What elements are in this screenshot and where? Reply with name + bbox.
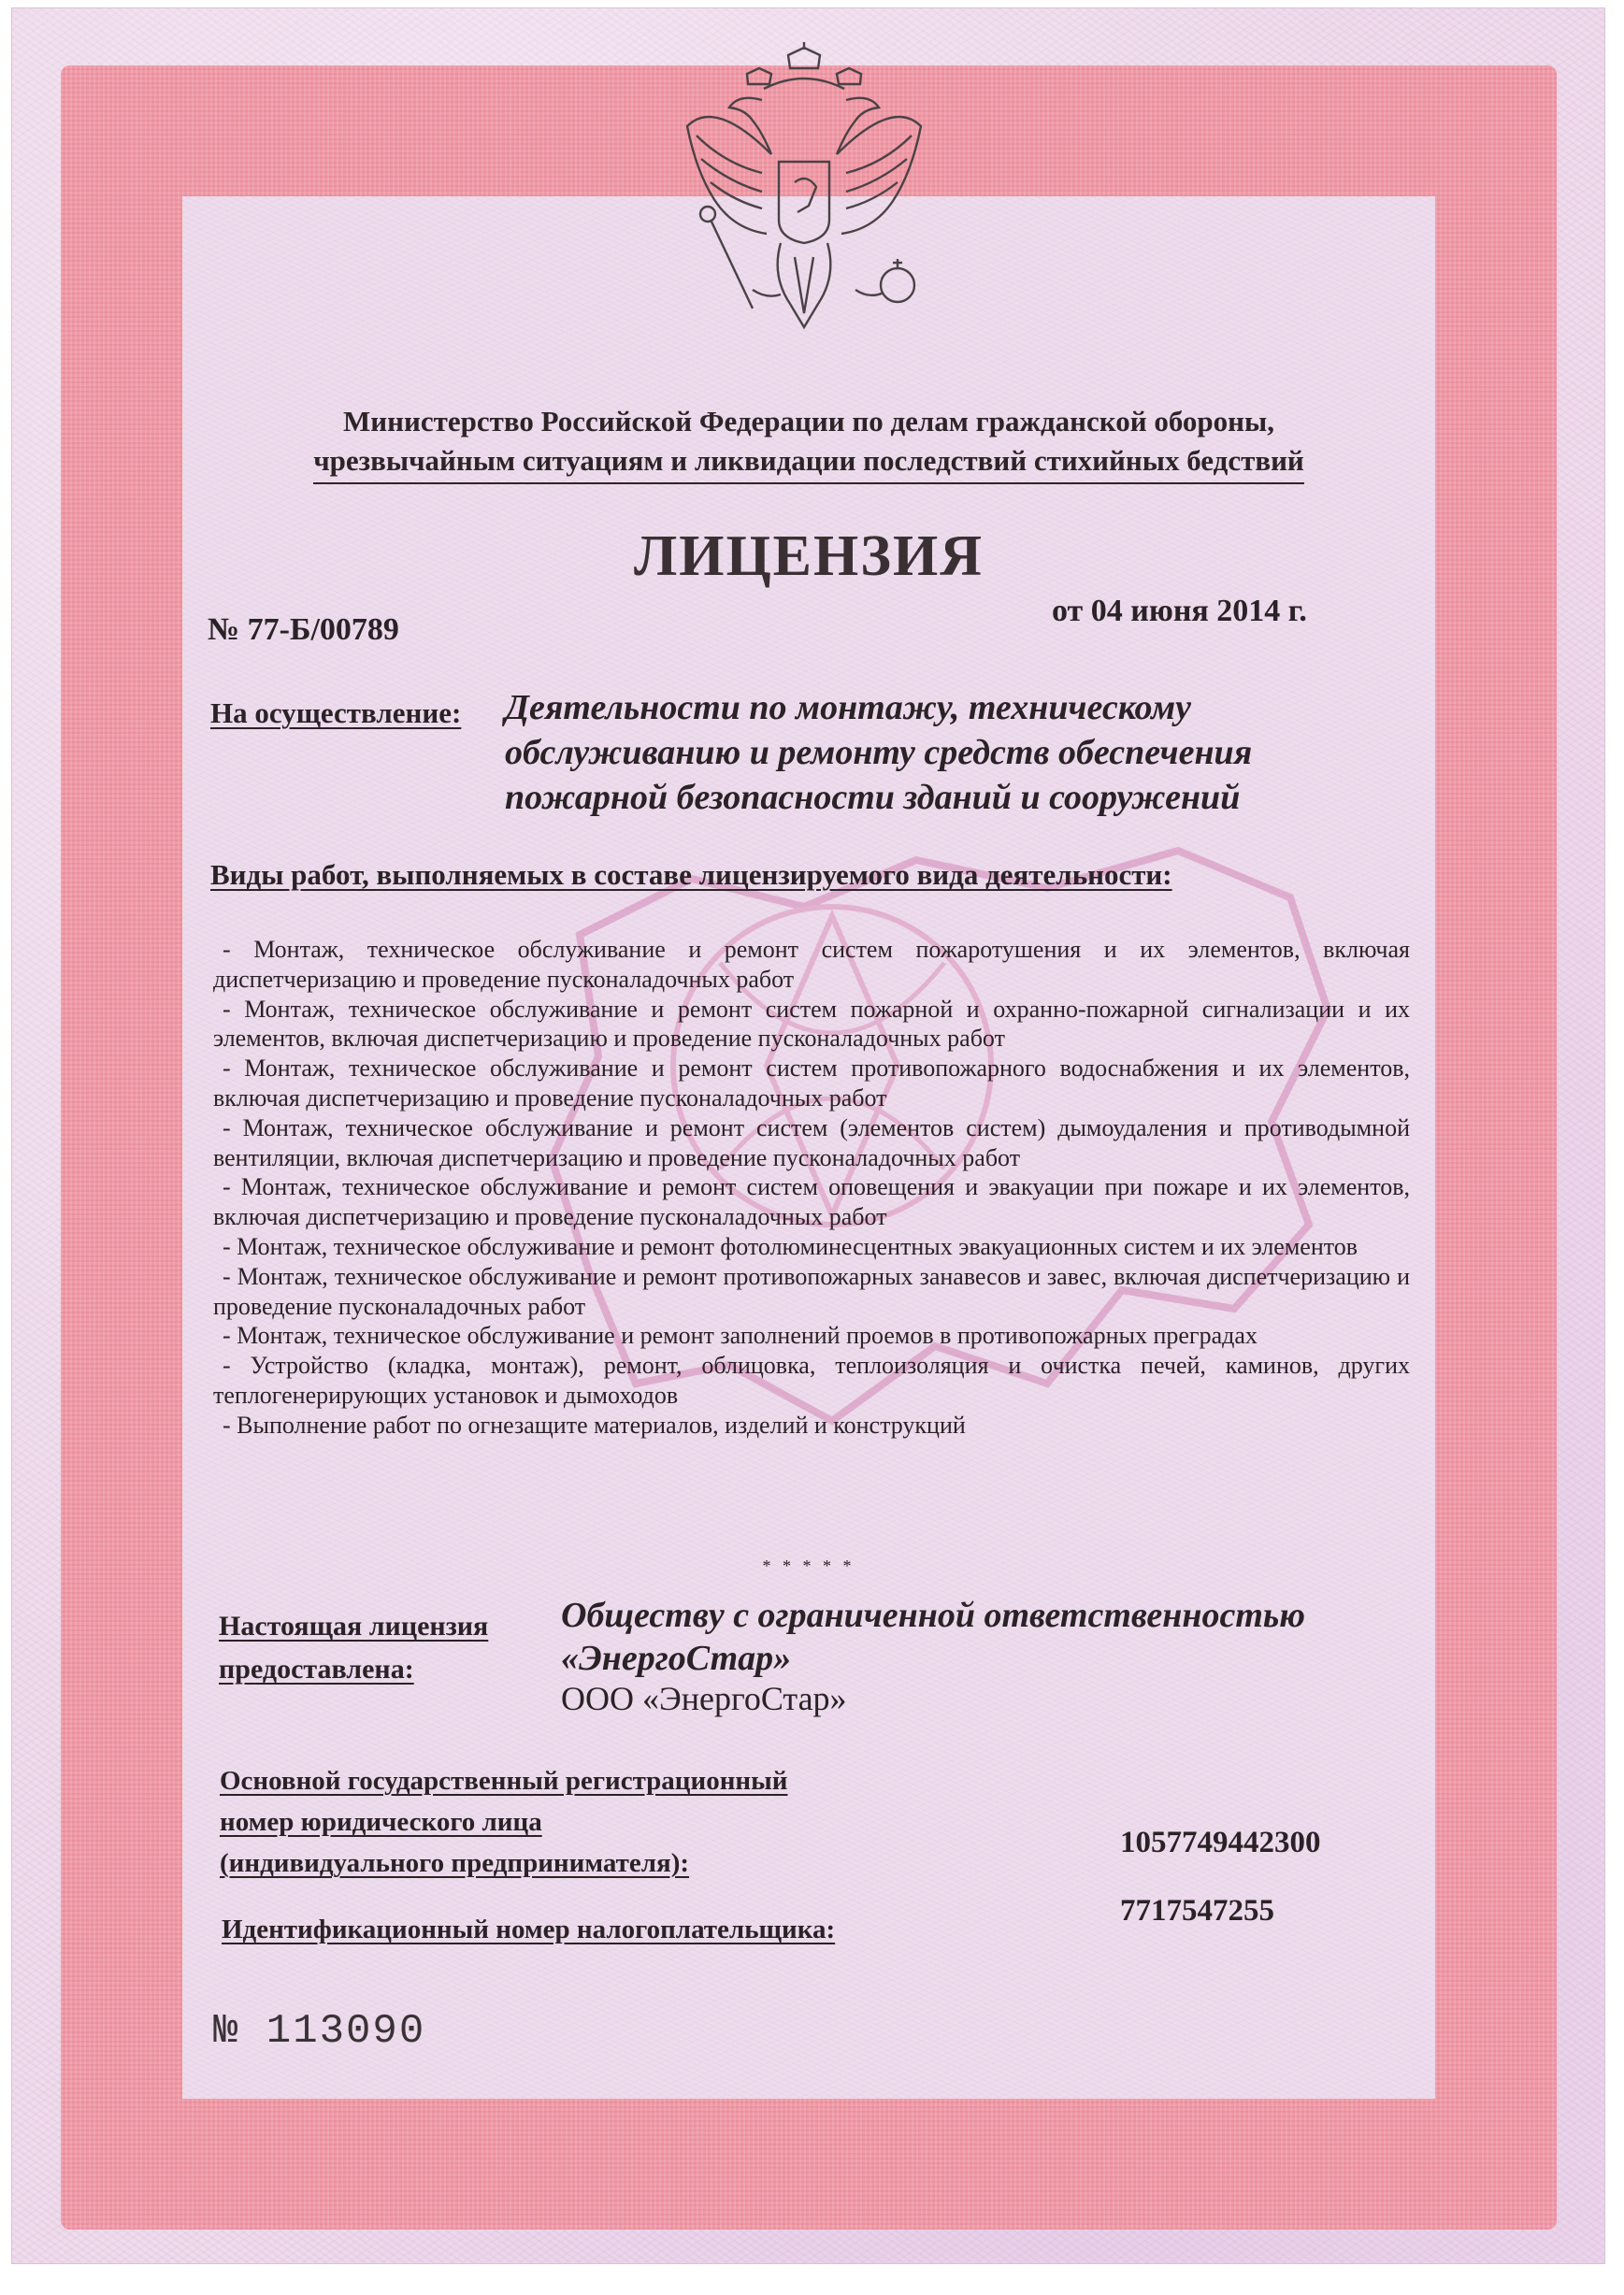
inn-value: 7717547255 (1120, 1894, 1274, 1929)
ogrn-label-line-2: номер юридического лица (220, 1801, 788, 1843)
ogrn-label-line-3: (индивидуального предпринимателя): (220, 1843, 788, 1884)
coat-of-arms-icon (659, 42, 949, 341)
work-item: - Монтаж, техническое обслуживание и рем… (213, 995, 1410, 1054)
activity-line: Деятельности по монтажу, техническому (505, 685, 1346, 730)
license-number: № 77-Б/00789 (208, 612, 399, 648)
works-header: Виды работ, выполняемых в составе лиценз… (210, 858, 1172, 892)
granted-label-line-1: Настоящая лицензия (219, 1605, 488, 1648)
work-item: - Монтаж, техническое обслуживание и рем… (213, 1232, 1410, 1262)
granted-label-line-2: предоставлена: (219, 1648, 488, 1691)
activity-line: пожарной безопасности зданий и сооружени… (505, 775, 1346, 820)
work-item: - Монтаж, техническое обслуживание и рем… (213, 1321, 1410, 1351)
ogrn-label: Основной государственный регистрационный… (220, 1760, 788, 1884)
licensee-short-name: ООО «ЭнергоСтар» (561, 1679, 847, 1718)
separator-stars: * * * * * (215, 1556, 1402, 1576)
granted-label: Настоящая лицензия предоставлена: (219, 1605, 488, 1691)
work-item: - Монтаж, техническое обслуживание и рем… (213, 1262, 1410, 1322)
work-item: - Устройство (кладка, монтаж), ремонт, о… (213, 1351, 1410, 1411)
activity-line: обслуживанию и ремонту средств обеспечен… (505, 730, 1346, 775)
inn-label: Идентификационный номер налогоплательщик… (222, 1915, 835, 1945)
ogrn-label-line-1: Основной государственный регистрационный (220, 1760, 788, 1801)
activity-label: На осуществление: (210, 696, 461, 730)
ministry-line-1: Министерство Российской Федерации по дел… (215, 402, 1402, 441)
work-item: - Монтаж, техническое обслуживание и рем… (213, 1172, 1410, 1232)
licensed-activity: Деятельности по монтажу, техническому об… (505, 685, 1346, 820)
work-item: - Монтаж, техническое обслуживание и рем… (213, 1113, 1410, 1173)
document-title: ЛИЦЕНЗИЯ (215, 524, 1402, 590)
works-list: - Монтаж, техническое обслуживание и рем… (213, 935, 1410, 1441)
border-ribbon-left (61, 65, 182, 2230)
ministry-name: Министерство Российской Федерации по дел… (215, 402, 1402, 484)
blank-serial-number: № 113090 (213, 2008, 425, 2055)
ogrn-value: 1057749442300 (1120, 1826, 1321, 1860)
work-item: - Выполнение работ по огнезащите материа… (213, 1411, 1410, 1441)
licensee-line-2: «ЭнергоСтар» (561, 1637, 1305, 1680)
licensee-full-name: Обществу с ограниченной ответственностью… (561, 1594, 1305, 1680)
ministry-line-2: чрезвычайным ситуациям и ликвидации посл… (313, 441, 1304, 484)
work-item: - Монтаж, техническое обслуживание и рем… (213, 935, 1410, 995)
license-date: от 04 июня 2014 г. (1052, 594, 1307, 629)
border-ribbon-bottom (61, 2099, 1557, 2230)
licensee-line-1: Обществу с ограниченной ответственностью (561, 1594, 1305, 1637)
work-item: - Монтаж, техническое обслуживание и рем… (213, 1054, 1410, 1113)
border-ribbon-right (1435, 65, 1557, 2230)
